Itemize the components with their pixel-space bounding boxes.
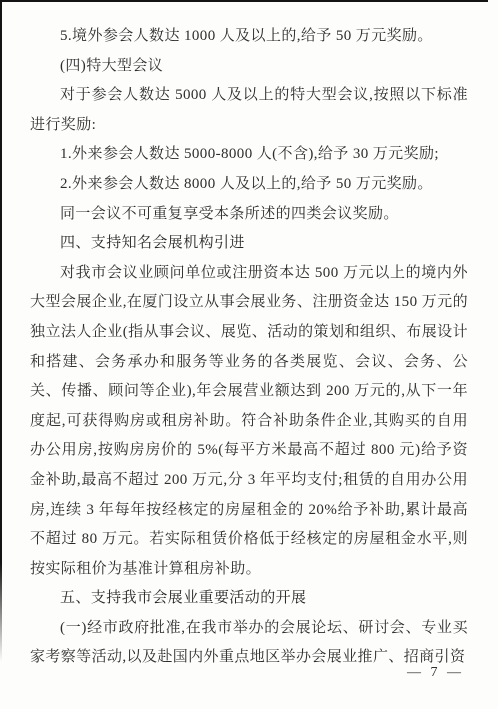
paragraph-note: 同一会议不可重复享受本条所述的四类会议奖励。 (30, 200, 468, 230)
list-item-2: 2.外来参会人数达 8000 人及以上的,给予 50 万元奖励。 (30, 170, 468, 200)
paragraph: 对于参会人数达 5000 人及以上的特大型会议,按照以下标准进行奖励: (30, 81, 468, 140)
section-heading-4: 四、支持知名会展机构引进 (30, 229, 468, 259)
document-page: 5.境外参会人数达 1000 人及以上的,给予 50 万元奖励。 (四)特大型会… (0, 0, 498, 709)
sub-heading-4: (四)特大型会议 (30, 52, 468, 82)
page-number: — 7 — (407, 665, 464, 681)
document-body: 5.境外参会人数达 1000 人及以上的,给予 50 万元奖励。 (四)特大型会… (30, 22, 468, 673)
paragraph: 对我市会议业顾问单位或注册资本达 500 万元以上的境内外大型会展企业,在厦门设… (30, 259, 468, 585)
section-heading-5: 五、支持我市会展业重要活动的开展 (30, 584, 468, 614)
paragraph: (一)经市政府批准,在我市举办的会展论坛、研讨会、专业买家考察等活动,以及赴国内… (30, 614, 468, 673)
scan-edge-top (0, 0, 488, 2)
scan-edge-left (0, 0, 2, 662)
list-item-1: 1.外来参会人数达 5000-8000 人(不含),给予 30 万元奖励; (30, 140, 468, 170)
list-item-5: 5.境外参会人数达 1000 人及以上的,给予 50 万元奖励。 (30, 22, 468, 52)
